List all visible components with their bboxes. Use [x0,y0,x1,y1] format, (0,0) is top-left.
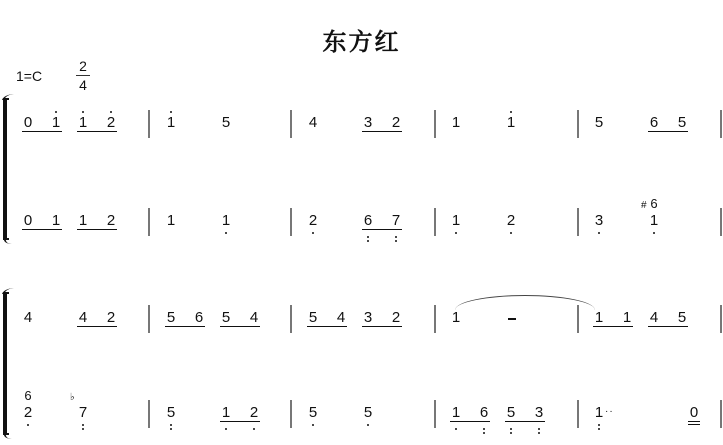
note: 2 [505,212,517,230]
barline [720,208,722,236]
beam-underline [165,326,205,327]
note: 1 [50,212,62,230]
barline [148,110,150,138]
barline [577,400,579,428]
octave-down-dot [510,432,512,434]
note-digit: 5 [167,404,175,421]
note: 0 [22,114,34,132]
barline [148,305,150,333]
note: 1 [165,114,177,132]
note: 2 [390,114,402,132]
note: 1 [450,404,462,422]
note-digit: 0 [690,404,698,421]
note-digit: 6 [364,212,372,229]
octave-down-dot [82,428,84,430]
barline [434,208,436,236]
note: 1 [450,114,462,132]
note: 4 [77,309,89,327]
note-digit: 1 [167,114,175,131]
barline [290,208,292,236]
note-digit: 1 [222,212,230,229]
octave-down-dot [395,240,397,242]
note-digit: 5 [167,309,175,326]
note-digit: 7 [79,404,87,421]
note-digit: 5 [309,404,317,421]
note: 2 [105,212,117,230]
note: 5 [220,309,232,327]
chord-upper-note: 6 [648,196,660,211]
time-signature: 2 4 [76,58,90,93]
octave-down-dot [170,424,172,426]
octave-down-dot [82,424,84,426]
key-signature: 1=C [16,68,42,84]
note-digit: 1 [623,309,631,326]
note-digit: 5 [222,114,230,131]
note: 1 [77,212,89,230]
note-digit: 1 [52,114,60,131]
note: 5 [307,309,319,327]
note: 3 [362,114,374,132]
octave-down-dot [483,428,485,430]
octave-down-dot [395,236,397,238]
barline [290,400,292,428]
note-digit: 3 [364,309,372,326]
note: 6 [648,114,660,132]
beam-underline [22,229,62,230]
octave-down-dot [367,240,369,242]
time-denominator: 4 [79,77,87,93]
note: 2 [307,212,319,230]
lower-staff: 01121126712316# [0,208,723,248]
note-digit: 6 [480,404,488,421]
note-digit: 1 [650,212,658,229]
note: 5 [307,404,319,422]
note-digit: 1 [452,212,460,229]
note: 6 [362,212,374,230]
note-digit: 2 [107,114,115,131]
octave-down-dot [312,232,314,234]
beam-underline [648,326,688,327]
note: 4 [335,309,347,327]
note-digit: 3 [535,404,543,421]
note: 2 [105,114,117,132]
note-digit: 2 [392,309,400,326]
note: 7 [390,212,402,230]
note: 5 [505,404,517,422]
octave-down-dot [455,232,457,234]
underline [688,421,700,422]
note-digit: 1 [595,309,603,326]
note: 1 [50,114,62,132]
note-digit: 3 [595,212,603,229]
tie-arc [455,295,595,310]
octave-down-dot [483,432,485,434]
barline [148,400,150,428]
octave-down-dot [538,428,540,430]
flat-icon: ♭ [70,392,75,403]
time-numerator: 2 [79,58,87,74]
lower-staff: 267♭5125516531··0 [0,400,723,440]
note: 4 [22,309,34,327]
note-digit: 2 [309,212,317,229]
note: 6 [193,309,205,327]
beam-underline [362,131,402,132]
note-digit: 5 [678,309,686,326]
note: 3 [362,309,374,327]
note-digit: 5 [595,114,603,131]
note-digit: 0 [24,212,32,229]
beam-underline [220,421,260,422]
beam-underline [450,421,490,422]
barline [290,110,292,138]
octave-down-dot [367,236,369,238]
note: 1 [648,212,660,230]
note: 5 [676,114,688,132]
beam-underline [505,421,545,422]
note: 4 [648,309,660,327]
note: 7 [77,404,89,422]
note: 2 [248,404,260,422]
beam-underline [307,326,347,327]
beam-underline [77,229,117,230]
note-digit: 2 [107,309,115,326]
beam-underline [22,131,62,132]
upper-staff: 01121543211565 [0,110,723,150]
note: 5 [165,309,177,327]
upper-staff: 4425654543211145 [0,305,723,345]
note-digit: 4 [650,309,658,326]
octave-down-dot [312,424,314,426]
note-digit: 4 [24,309,32,326]
beam-underline [220,326,260,327]
note-digit: 4 [337,309,345,326]
octave-up-dot [110,111,112,113]
note: 1 [450,309,462,327]
barline [577,208,579,236]
note: 5 [593,114,605,132]
note: 5 [220,114,232,132]
note: 3 [533,404,545,422]
octave-down-dot [367,424,369,426]
note-digit: 5 [309,309,317,326]
octave-down-dot [653,232,655,234]
octave-down-dot [225,232,227,234]
score-title: 东方红 [0,22,723,57]
note: 5 [676,309,688,327]
note-digit: 3 [364,114,372,131]
note-digit: 1 [595,404,603,421]
barline [720,400,722,428]
note-digit: 1 [79,212,87,229]
note: 5 [362,404,374,422]
octave-down-dot [170,428,172,430]
note-digit: 5 [507,404,515,421]
barline [290,305,292,333]
note: 0 [22,212,34,230]
beam-underline [593,326,633,327]
barline [720,305,722,333]
note: 2 [390,309,402,327]
note-digit: 2 [507,212,515,229]
octave-up-dot [82,111,84,113]
octave-up-dot [55,111,57,113]
octave-down-dot [225,428,227,430]
note-digit: 4 [79,309,87,326]
chord-upper-note: 6 [22,388,34,403]
note: 1 [593,309,605,327]
barline [720,110,722,138]
note-digit: 1 [452,114,460,131]
octave-down-dot [455,428,457,430]
note: 1 [505,114,517,132]
note-digit: 7 [392,212,400,229]
note-digit: 1 [507,114,515,131]
octave-down-dot [598,428,600,430]
note: 3 [593,212,605,230]
note: 1 [621,309,633,327]
note-digit: 1 [452,309,460,326]
note: 1 [220,404,232,422]
note-digit: 5 [222,309,230,326]
octave-down-dot [27,424,29,426]
note: 2 [22,404,34,422]
note: 2 [105,309,117,327]
note-digit: 6 [195,309,203,326]
note-digit: 1 [52,212,60,229]
note-digit: 2 [107,212,115,229]
note-digit: 2 [250,404,258,421]
underline [688,424,700,425]
beam-underline [362,229,402,230]
note: 4 [307,114,319,132]
note-digit: 4 [309,114,317,131]
note: 6 [478,404,490,422]
time-fraction-bar [76,75,90,76]
octave-down-dot [538,432,540,434]
note-digit: 1 [167,212,175,229]
note-digit: 4 [250,309,258,326]
note: 5 [165,404,177,422]
note: 1 [220,212,232,230]
barline [577,110,579,138]
beam-underline [362,326,402,327]
octave-up-dot [510,111,512,113]
note-digit: 5 [678,114,686,131]
sharp-icon: # [641,200,647,211]
note-digit: 5 [364,404,372,421]
note-digit: 1 [222,404,230,421]
octave-up-dot [170,111,172,113]
note: 1 [165,212,177,230]
note-digit: 2 [392,114,400,131]
barline [434,305,436,333]
beam-underline [77,131,117,132]
note-digit: 0 [24,114,32,131]
note: 4 [248,309,260,327]
sustain-dash [508,318,516,320]
beam-underline [77,326,117,327]
octave-down-dot [253,428,255,430]
note: 0 [688,404,700,422]
barline [434,110,436,138]
note-digit: 6 [650,114,658,131]
beam-underline [648,131,688,132]
note-digit: 1 [452,404,460,421]
octave-down-dot [598,424,600,426]
note: 1 [450,212,462,230]
barline [434,400,436,428]
augmentation-dots: ·· [605,406,614,417]
note: 1 [593,404,605,422]
octave-down-dot [510,232,512,234]
note: 1 [77,114,89,132]
octave-down-dot [510,428,512,430]
barline [148,208,150,236]
octave-down-dot [598,232,600,234]
note-digit: 1 [79,114,87,131]
note-digit: 2 [24,404,32,421]
